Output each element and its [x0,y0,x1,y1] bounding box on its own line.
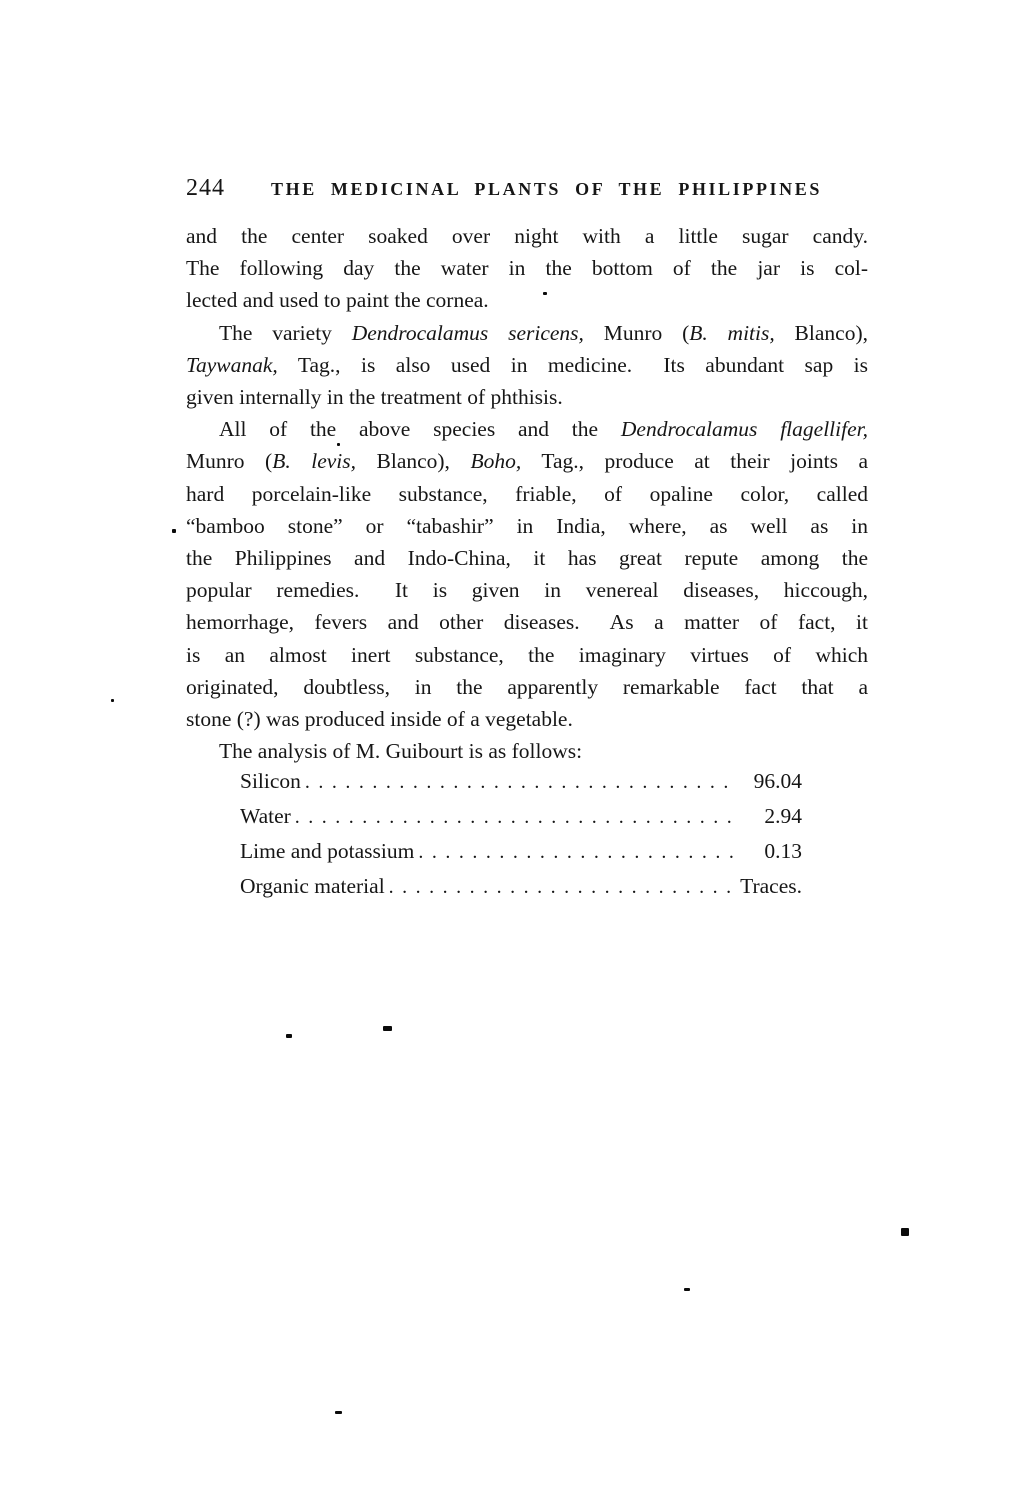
paragraph: The variety Dendrocalamus sericens, Munr… [186,317,868,414]
text-run: Tag., is also used in medicine. Its abun… [278,353,868,377]
text-run: hemorrhage, fevers and other diseases. A… [186,610,868,634]
book-page: 244 THE MEDICINAL PLANTS OF THE PHILIPPI… [0,0,1010,1506]
italic-text-run: B. levis, [272,449,356,473]
text-run: Munro ( [186,449,272,473]
italic-text-run: Dendrocalamus flagellifer, [621,417,868,441]
scan-speck [111,699,114,702]
text-run: originated, doubtless, in the apparently… [186,675,868,699]
text-run: “bamboo stone” or “tabashir” in India, w… [186,514,868,538]
text-line: “bamboo stone” or “tabashir” in India, w… [186,510,868,542]
text-run: The following day the water in the botto… [186,256,868,280]
row-value: Traces. [736,874,802,899]
text-line: stone (?) was produced inside of a veget… [186,703,868,735]
italic-text-run: B. mitis, [689,321,775,345]
dot-leader: ........................................… [385,876,736,899]
text-run: the Philippines and Indo-China, it has g… [186,546,868,570]
text-run: hard porcelain-like substance, friable, … [186,482,868,506]
text-line: Munro (B. levis, Blanco), Boho, Tag., pr… [186,445,868,477]
row-label: Organic material [240,874,385,899]
text-line: The variety Dendrocalamus sericens, Munr… [186,317,868,349]
scan-speck [684,1288,690,1291]
text-run: The analysis of M. Guibourt is as follow… [219,739,582,763]
text-line: The following day the water in the botto… [186,252,868,284]
text-run: Munro ( [584,321,689,345]
page-number: 244 [186,175,225,202]
text-line: hard porcelain-like substance, friable, … [186,478,868,510]
running-title: THE MEDICINAL PLANTS OF THE PHILIPPINES [225,179,868,200]
paragraph: and the center soaked over night with a … [186,220,868,317]
text-run: Tag., produce at their joints a [521,449,868,473]
scan-speck [901,1228,909,1236]
row-value: 0.13 [736,839,802,864]
table-row: Lime and potassium......................… [240,839,802,874]
dot-leader: ........................................… [301,771,736,794]
dot-leader: ........................................… [291,806,736,829]
row-label: Lime and potassium [240,839,414,864]
text-run: The variety [219,321,352,345]
analysis-table: Silicon.................................… [240,769,802,909]
text-line: and the center soaked over night with a … [186,220,868,252]
row-label: Water [240,804,291,829]
row-value: 96.04 [736,769,802,794]
row-value: 2.94 [736,804,802,829]
text-run: Blanco), [356,449,470,473]
text-line: The analysis of M. Guibourt is as follow… [186,735,868,767]
row-label: Silicon [240,769,301,794]
text-run: and the center soaked over night with a … [186,224,868,248]
scan-speck [286,1034,292,1038]
text-run: stone (?) was produced inside of a veget… [186,707,573,731]
text-line: the Philippines and Indo-China, it has g… [186,542,868,574]
scan-speck [172,529,176,533]
table-row: Organic material........................… [240,874,802,909]
scan-speck [383,1026,392,1031]
italic-text-run: Dendrocalamus sericens, [352,321,584,345]
page-header: 244 THE MEDICINAL PLANTS OF THE PHILIPPI… [186,175,868,202]
table-row: Silicon.................................… [240,769,802,804]
scan-speck [543,292,547,295]
text-line: is an almost inert substance, the imagin… [186,639,868,671]
text-run: popular remedies. It is given in venerea… [186,578,868,602]
text-line: given internally in the treatment of pht… [186,381,868,413]
text-run: is an almost inert substance, the imagin… [186,643,868,667]
text-line: lected and used to paint the cornea. [186,284,868,316]
table-row: Water...................................… [240,804,802,839]
text-run: Blanco), [775,321,868,345]
text-line: All of the above species and the Dendroc… [186,413,868,445]
italic-text-run: Taywanak, [186,353,278,377]
text-line: originated, doubtless, in the apparently… [186,671,868,703]
scan-speck [335,1411,342,1414]
body-text: and the center soaked over night with a … [186,220,868,767]
text-line: hemorrhage, fevers and other diseases. A… [186,606,868,638]
scan-speck [337,443,340,446]
text-run: lected and used to paint the cornea. [186,288,489,312]
text-line: Taywanak, Tag., is also used in medicine… [186,349,868,381]
text-run: All of the above species and the [219,417,621,441]
paragraph: The analysis of M. Guibourt is as follow… [186,735,868,767]
italic-text-run: Boho, [470,449,521,473]
paragraph: All of the above species and the Dendroc… [186,413,868,735]
text-line: popular remedies. It is given in venerea… [186,574,868,606]
dot-leader: ........................................… [414,841,736,864]
text-run: given internally in the treatment of pht… [186,385,563,409]
